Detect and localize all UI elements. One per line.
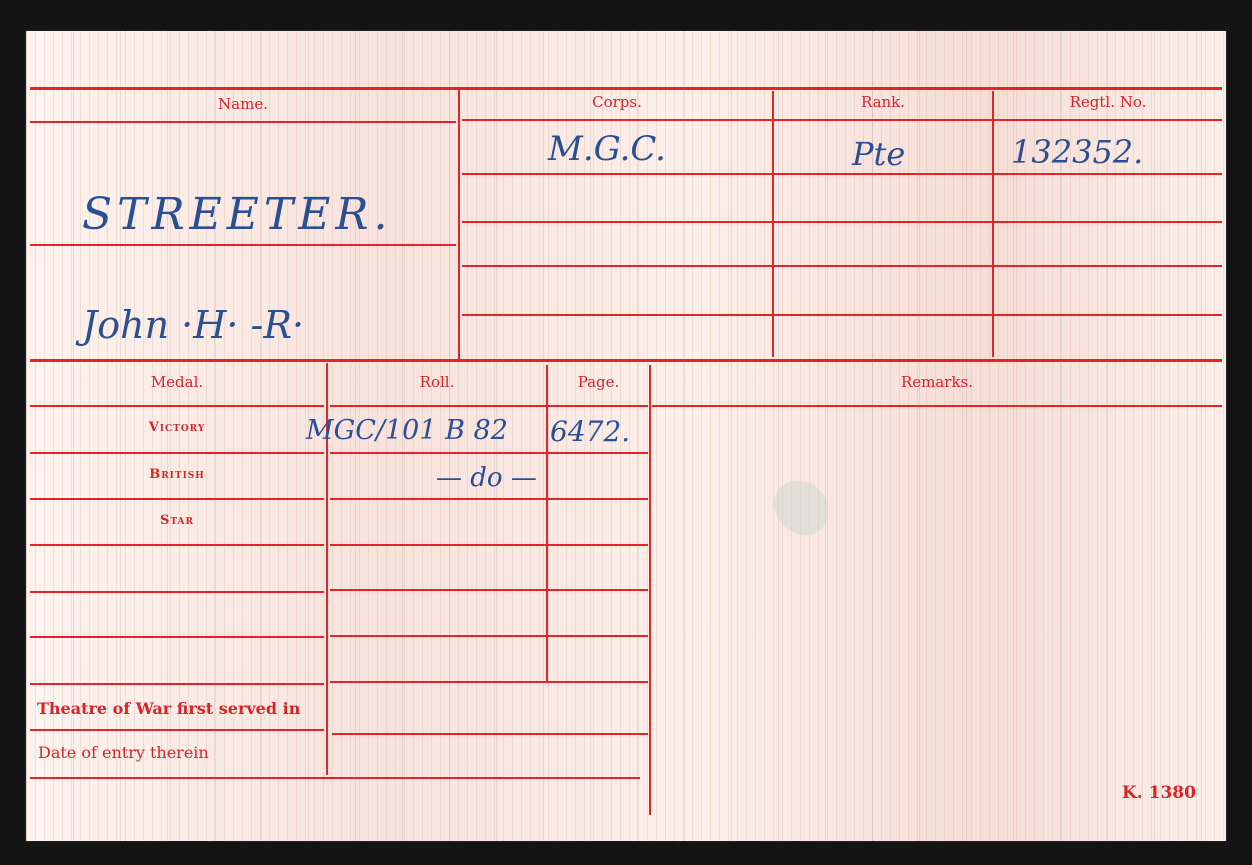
victory-page-entry: 6472. [550,415,630,448]
roll-row-rule-3 [330,544,648,546]
victory-roll-entry: MGC/101 B 82 [306,415,508,446]
medal-row-rule-1 [30,452,324,454]
medal-name-star: Star [30,513,324,528]
rank-entry: Pte [852,135,905,173]
name-divider [458,89,460,359]
roll-row-rule-2 [330,498,648,500]
theatre-rule [30,729,324,731]
remarks-header: Remarks. [652,373,1222,391]
corps-entry: M.G.C. [548,129,666,169]
medal-header: Medal. [30,373,324,391]
right-row-rule-3 [462,265,1222,267]
corps-rank-divider [772,91,774,357]
regtl-no-entry: 132352. [1011,133,1143,171]
medal-row-rule-2 [30,498,324,500]
roll-row-rule-4 [330,589,648,591]
right-row-rule-2 [462,221,1222,223]
rank-regtl-divider [992,91,994,357]
name-header-rule [30,121,456,123]
top-rule [30,87,1222,90]
theatre-label: Theatre of War first served in [37,699,300,718]
right-row-rule-4 [462,314,1222,316]
medal-row-rule-4 [30,591,324,593]
right-header-rule [462,119,1222,121]
medal-index-card: Name. Corps. Rank. Regtl. No. STREETER. … [26,31,1226,841]
medal-name-victory: Victory [30,420,324,435]
remarks-header-rule [652,405,1222,407]
british-roll-entry: — do — [436,463,537,493]
medal-name-british: British [30,467,324,482]
page-remarks-divider [649,365,651,815]
medal-row-rule-3 [30,544,324,546]
medal-row-rule-6 [30,683,324,685]
roll-header-rule [330,405,648,407]
theatre-value-rule [332,733,648,735]
surname-entry: STREETER. [82,189,392,240]
medal-header-rule [30,405,324,407]
name-surname-rule [30,244,456,246]
date-of-entry-label: Date of entry therein [38,743,209,762]
roll-row-rule-1 [330,452,648,454]
roll-page-divider [546,365,548,681]
faint-stamp-mark [774,481,828,535]
roll-header: Roll. [328,373,546,391]
right-row-rule-1 [462,173,1222,175]
regtl-no-header: Regtl. No. [994,93,1222,111]
name-header: Name. [30,95,456,113]
forenames-entry: John ·H· -R· [82,303,304,347]
middle-rule [30,359,1222,362]
roll-row-rule-5 [330,635,648,637]
rank-header: Rank. [774,93,992,111]
bottom-rule [30,777,640,779]
corps-header: Corps. [462,93,772,111]
roll-row-rule-6 [330,681,648,683]
page-header: Page. [548,373,649,391]
medal-row-rule-5 [30,636,324,638]
form-number: K. 1380 [1122,783,1196,803]
